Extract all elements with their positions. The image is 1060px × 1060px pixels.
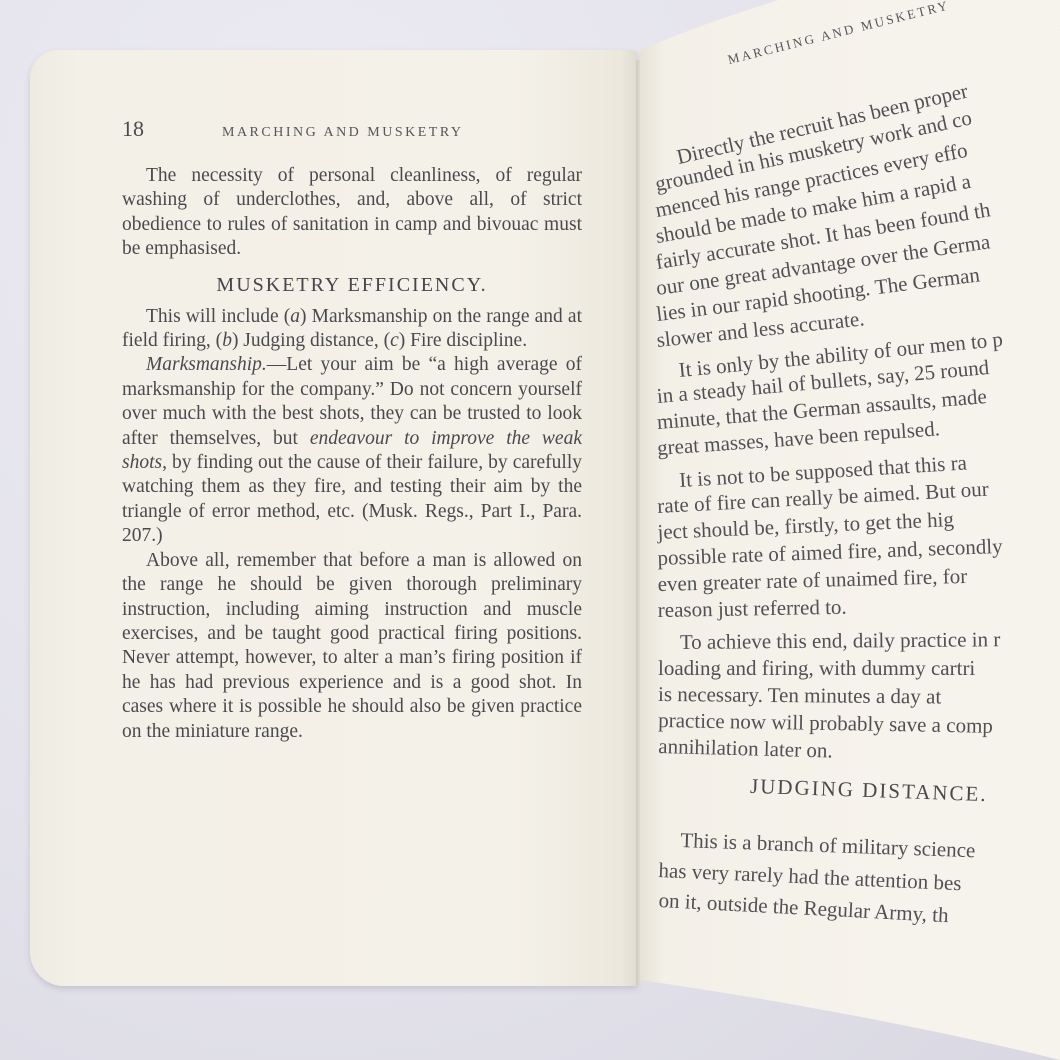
paragraph-inclusions: This will include (a) Marksmanship on th… xyxy=(122,305,582,354)
italic-b: b xyxy=(222,330,232,351)
italic-c: c xyxy=(390,330,399,351)
section-heading-judging-distance: JUDGING DISTANCE. xyxy=(750,774,988,807)
text-line: reason just referred to. xyxy=(658,595,847,623)
paragraph-marksmanship: Marksmanship.—Let your aim be “a high av… xyxy=(122,353,582,548)
left-page: 18 MARCHING AND MUSKETRY The necessity o… xyxy=(30,50,638,986)
intro-paragraph: The necessity of personal cleanliness, o… xyxy=(122,164,582,262)
text-run: ) Judging distance, ( xyxy=(232,330,390,351)
running-head-title: MARCHING AND MUSKETRY xyxy=(222,125,464,141)
text-line: loading and firing, with dummy cartri xyxy=(658,656,975,681)
text-line: To achieve this end, daily practice in r xyxy=(680,627,1001,655)
text-line: practice now will probably save a comp xyxy=(658,708,993,739)
text-run: ) Fire discipline. xyxy=(399,330,527,351)
running-head-title: MARCHING AND MUSKETRY xyxy=(726,0,951,68)
text-line: annihilation later on. xyxy=(658,734,833,764)
italic-lead-marksmanship: Marksmanship. xyxy=(146,354,267,375)
text-run: , by finding out the cause of their fail… xyxy=(122,452,582,546)
text-line: is necessary. Ten minutes a day at xyxy=(658,682,941,709)
right-page: 1 MARCHING AND MUSKETRY Directly the rec… xyxy=(640,0,1060,1060)
paragraph-above-all: Above all, remember that before a man is… xyxy=(122,549,582,744)
text-run: This will include ( xyxy=(146,306,290,327)
section-heading-musketry-efficiency: MUSKETRY EFFICIENCY. xyxy=(122,274,582,297)
running-head: 18 MARCHING AND MUSKETRY xyxy=(122,116,582,142)
text-line: This is a branch of military science xyxy=(680,828,976,863)
page-number: 18 xyxy=(122,116,222,142)
text-line: on it, outside the Regular Army, th xyxy=(658,888,949,928)
italic-a: a xyxy=(290,306,300,327)
